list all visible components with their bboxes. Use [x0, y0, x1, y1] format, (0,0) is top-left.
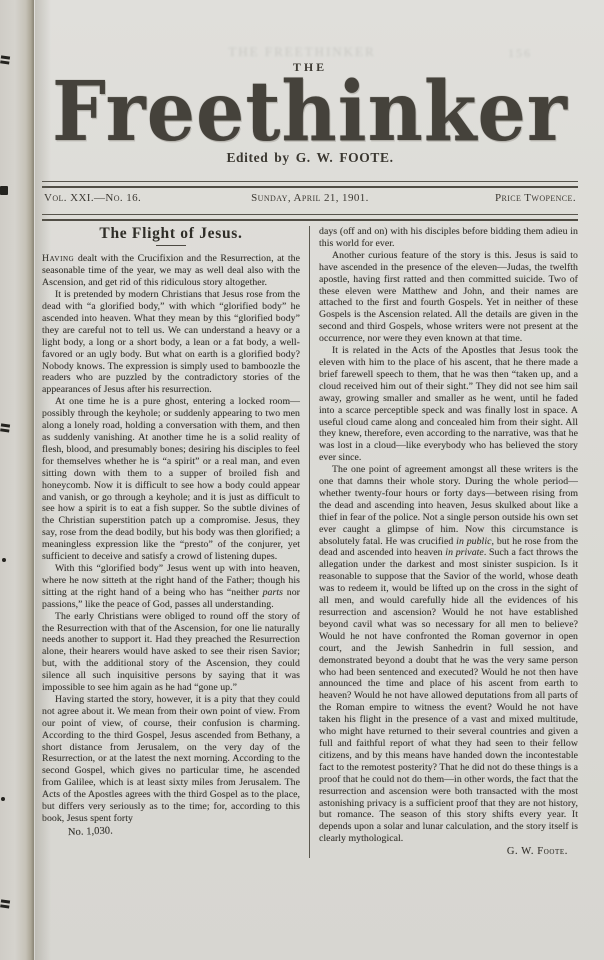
article-title: The Flight of Jesus. — [42, 228, 300, 240]
issue-date: Sunday, April 21, 1901. — [225, 192, 395, 204]
binding-mark — [1, 797, 5, 801]
masthead-title: Freethinker — [42, 70, 578, 154]
article-paragraph: days (off and on) with his disciples bef… — [319, 226, 578, 250]
masthead-byline: Edited by G. W. FOOTE. — [42, 150, 578, 166]
dateline: Vol. XXI.—No. 16. Sunday, April 21, 1901… — [44, 192, 576, 204]
article-paragraph: The one point of agreement amongst all t… — [319, 464, 578, 845]
book-gutter — [0, 0, 34, 960]
left-column-paragraphs: Having dealt with the Crucifixion and th… — [42, 253, 300, 825]
author-signature: G. W. Foote. — [319, 846, 578, 858]
article-paragraph: The early Christians were obliged to rou… — [42, 611, 300, 694]
right-column-paragraphs: days (off and on) with his disciples bef… — [319, 226, 578, 845]
volume-number: Vol. XXI.—No. 16. — [44, 192, 225, 204]
newspaper-page: THE FREETHINKER 156 THE Freethinker Edit… — [0, 0, 604, 960]
article: The Flight of Jesus. Having dealt with t… — [42, 226, 578, 858]
binding-mark — [0, 186, 8, 195]
article-column-left: The Flight of Jesus. Having dealt with t… — [42, 226, 300, 858]
article-paragraph: It is pretended by modern Christians tha… — [42, 289, 300, 396]
article-paragraph: It is related in the Acts of the Apostle… — [319, 345, 578, 464]
article-paragraph: At one time he is a pure ghost, entering… — [42, 396, 300, 563]
article-paragraph: Having started the story, however, it is… — [42, 694, 300, 825]
article-paragraph: Having dealt with the Crucifixion and th… — [42, 253, 300, 289]
headline-rule — [156, 245, 186, 247]
article-paragraph: Another curious feature of the story is … — [319, 250, 578, 345]
header-rule-bottom — [42, 214, 578, 221]
binding-mark — [2, 558, 6, 562]
show-through-page-number: 156 — [508, 46, 532, 61]
header-rule-top — [42, 181, 578, 188]
price-label: Price Twopence. — [395, 192, 576, 204]
article-column-right: days (off and on) with his disciples bef… — [309, 226, 578, 858]
article-paragraph: With this “glorified body” Jesus went up… — [42, 563, 300, 611]
